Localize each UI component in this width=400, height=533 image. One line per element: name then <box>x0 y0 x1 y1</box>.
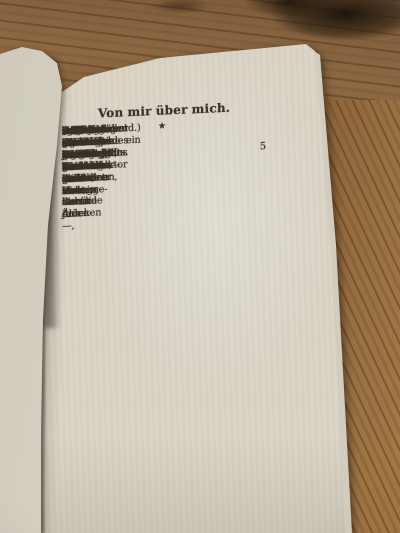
photo-of-book-page: Von mir über mich. Wenn ich in eine fein… <box>0 0 400 533</box>
previous-page-curl <box>0 0 400 533</box>
previous-page-shadow <box>0 0 400 533</box>
